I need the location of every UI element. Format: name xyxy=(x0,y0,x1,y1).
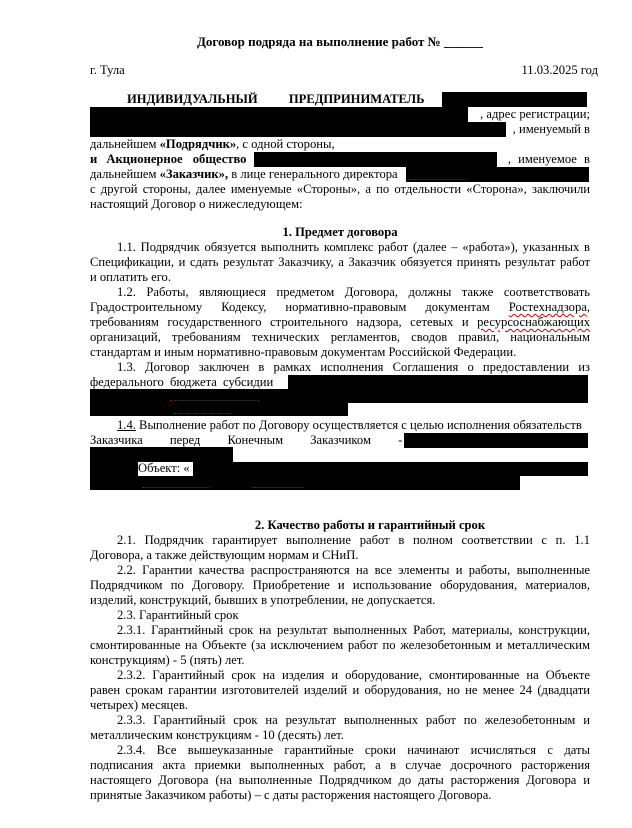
redacted-object-1 xyxy=(193,462,588,476)
p2-3-2-line2: равен срокам гарантии изготовителей изде… xyxy=(90,683,590,698)
p2-3-3-line1: 2.3.3. Гарантийный срок на результат вып… xyxy=(90,713,590,728)
p2-3-4-line4: принятые Заказчиком работы) – с даты рас… xyxy=(90,788,590,803)
p2-3: 2.3. Гарантийный срок xyxy=(90,608,590,623)
contractor-name: «Подрядчик» xyxy=(160,137,237,151)
document-title: Договор подряда на выполнение работ № __… xyxy=(90,34,590,50)
spellcheck-mark xyxy=(170,397,260,401)
p2-2-line3: изделий, конструкций, бывших в употребле… xyxy=(90,593,590,608)
p2-3-1-line2: смонтированные на Объекте (за исключение… xyxy=(90,638,590,653)
p1-4-text: Выполнение работ по Договору осуществляе… xyxy=(136,418,582,432)
contractor-pre: дальнейшем xyxy=(90,137,160,151)
ip-word-2: ПРЕДПРИНИМАТЕЛЬ xyxy=(289,92,425,106)
p1-4-number: 1.4. xyxy=(117,418,136,432)
redacted-indent xyxy=(90,462,138,476)
p2-3-4-line3: настоящего Договора (на выполненные Подр… xyxy=(90,773,590,788)
customer-pre: дальнейшем xyxy=(90,167,160,181)
p2-3-4-line1: 2.3.4. Все вышеуказанные гарантийные сро… xyxy=(90,743,590,758)
p2-3-2-line1: 2.3.2. Гарантийный срок на изделия и обо… xyxy=(90,668,590,683)
redacted-end-customer-1 xyxy=(404,433,588,448)
parties-line-1: с другой стороны, далее именуемые «Сторо… xyxy=(90,182,590,197)
section-1-heading: 1. Предмет договора xyxy=(90,225,590,240)
contract-date: 11.03.2025 год xyxy=(521,63,598,78)
p2-3-1-line1: 2.3.1. Гарантийный срок на результат вып… xyxy=(90,623,590,638)
named-tail-2: , именуемое в xyxy=(90,152,590,167)
p1-4-line1: 1.4. Выполнение работ по Договору осущес… xyxy=(90,418,590,433)
section-2-heading: 2. Качество работы и гарантийный срок xyxy=(120,518,620,533)
p2-3-2-line3: четырех) месяцев. xyxy=(90,698,590,713)
contractor-line: дальнейшем «Подрядчик», с одной стороны, xyxy=(90,137,590,152)
p1-2-line2: Градостроительному Кодексу, нормативно-п… xyxy=(90,300,590,315)
p1-2-line3a: требованиям государственного строительно… xyxy=(90,315,477,329)
spellcheck-mark xyxy=(174,410,232,414)
city-date-row: г. Тула 11.03.2025 год xyxy=(90,63,590,78)
address-tail: , адрес регистрации; xyxy=(90,107,590,122)
p2-2-line1: 2.2. Гарантии качества распространяются … xyxy=(90,563,590,578)
named-tail: , именуемый в xyxy=(90,122,590,137)
p1-2-line2a: Градостроительному Кодексу, нормативно-п… xyxy=(90,300,509,314)
p1-2-line2b: Ростехнадзора xyxy=(509,300,587,314)
redacted-end-customer-2 xyxy=(90,447,233,462)
parties-line-2: настоящий Договор о нижеследующем: xyxy=(90,197,590,212)
preamble-ip-line: ИНДИВИДУАЛЬНЫЙ ПРЕДПРИНИМАТЕЛЬ xyxy=(127,92,457,107)
p1-3-line1: 1.3. Договор заключен в рамках исполнени… xyxy=(90,360,590,375)
p1-1-line3: и оплатить его. xyxy=(90,270,590,285)
spellcheck-mark xyxy=(252,484,304,488)
p1-2-line3b: ресурсоснабжающих xyxy=(477,315,590,329)
contractor-post: , с одной стороны, xyxy=(236,137,334,151)
p1-1-line2: Спецификации, и сдать результат Заказчик… xyxy=(90,255,590,270)
p2-3-1-line3: конструкциям) - 5 (пять) лет. xyxy=(90,653,590,668)
customer-post: в лице генерального директора xyxy=(228,167,398,181)
p2-1-line1: 2.1. Подрядчик гарантирует выполнение ра… xyxy=(90,533,590,548)
redacted-subsidy-2 xyxy=(90,389,588,403)
p1-1-line1: 1.1. Подрядчик обязуется выполнить компл… xyxy=(90,240,590,255)
redacted-subsidy-1 xyxy=(288,375,588,390)
p1-2-line3: требованиям государственного строительно… xyxy=(90,315,590,330)
p1-2-line1: 1.2. Работы, являющиеся предметом Догово… xyxy=(90,285,590,300)
p1-2-line4: организаций, требованиям технических рег… xyxy=(90,330,590,345)
p2-3-4-line2: подписания акта приемки выполненных рабо… xyxy=(90,758,590,773)
p2-2-line2: Подрядчиком по Договору. Приобретение и … xyxy=(90,578,590,593)
p1-2-line5: стандартам и иным нормативно-правовым до… xyxy=(90,345,590,360)
customer-name: «Заказчик», xyxy=(160,167,228,181)
redacted-ip-name xyxy=(442,92,587,107)
ip-word-1: ИНДИВИДУАЛЬНЫЙ xyxy=(127,92,258,106)
p1-2-line2c: , xyxy=(587,300,590,314)
spellcheck-mark xyxy=(142,484,210,488)
city: г. Тула xyxy=(90,63,125,77)
spellcheck-mark xyxy=(408,176,466,180)
p2-3-3-line2: металлическим конструкциям - 10 (десять)… xyxy=(90,728,590,743)
p2-1-line2: Договора, а также действующим нормам и С… xyxy=(90,548,590,563)
